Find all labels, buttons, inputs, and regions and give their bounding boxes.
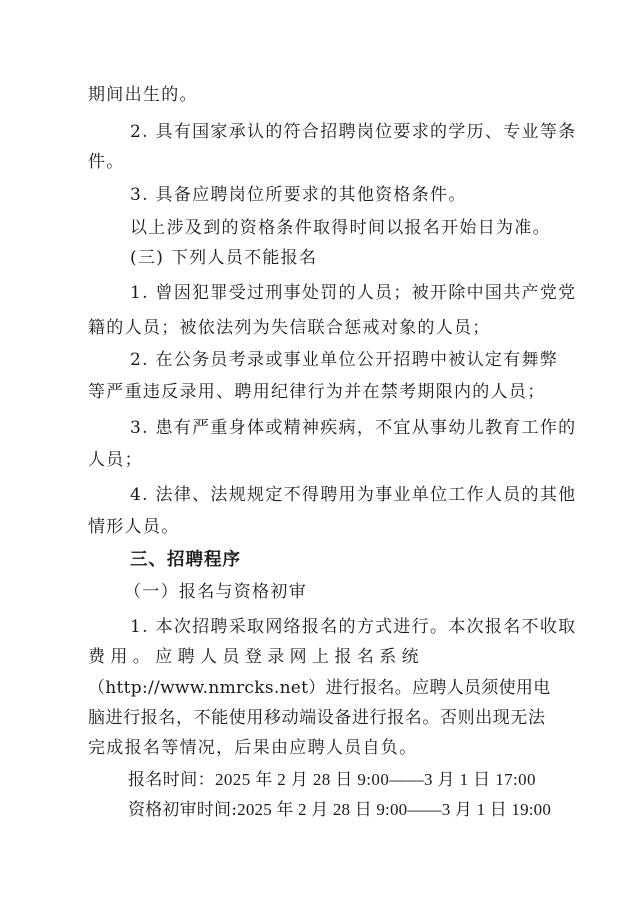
text-line: 2. 具有国家承认的符合招聘岗位要求的学历、专业等条 <box>130 121 544 143</box>
text-line: 情形人员。 <box>88 516 544 538</box>
text-line: 以上涉及到的资格条件取得时间以报名开始日为准。 <box>130 217 544 239</box>
review-time-label: 资格初审时间: <box>128 800 237 820</box>
text-line: 脑进行报名，不能使用移动端设备进行报名。否则出现无法 <box>88 707 544 729</box>
text-line: 件。 <box>88 151 544 173</box>
text-line: 4. 法律、法规规定不得聘用为事业单位工作人员的其他 <box>130 484 544 506</box>
section-heading: 三、招聘程序 <box>130 549 544 571</box>
text-line: 3. 具备应聘岗位所要求的其他资格条件。 <box>130 184 544 206</box>
registration-time-label: 报名时间： <box>128 770 215 790</box>
text-line: 完成报名等情况，后果由应聘人员自负。 <box>88 737 544 759</box>
text-line: 2. 在公务员考录或事业单位公开招聘中被认定有舞弊 <box>130 349 544 371</box>
subheading-ineligible: (三) 下列人员不能报名 <box>130 247 544 269</box>
review-time: 资格初审时间:2025 年 2 月 28 日 9:00——3 月 1 日 19:… <box>128 799 542 821</box>
subsection-heading: （一）报名与资格初审 <box>124 581 580 603</box>
registration-time-value: 2025 年 2 月 28 日 9:00——3 月 1 日 17:00 <box>215 770 536 789</box>
text-line: 人员； <box>88 449 544 471</box>
text-line: 费 用 。 应 聘 人 员 登 录 网 上 报 名 系 统 <box>88 646 544 668</box>
text-line: 等严重违反录用、聘用纪律行为并在禁考期限内的人员； <box>88 381 544 403</box>
text-line: 籍的人员；被依法列为失信联合惩戒对象的人员； <box>88 317 544 339</box>
text-line: 1. 曾因犯罪受过刑事处罚的人员；被开除中国共产党党 <box>130 282 544 304</box>
text-line: 期间出生的。 <box>88 84 544 106</box>
text-line: 3. 患有严重身体或精神疾病，不宜从事幼儿教育工作的 <box>130 417 544 439</box>
text-line-with-url: （http://www.nmrcks.net）进行报名。应聘人员须使用电 <box>88 677 544 699</box>
review-time-value: 2025 年 2 月 28 日 9:00——3 月 1 日 19:00 <box>237 800 551 819</box>
text-line: 1. 本次招聘采取网络报名的方式进行。本次报名不收取 <box>130 616 544 638</box>
registration-time: 报名时间：2025 年 2 月 28 日 9:00——3 月 1 日 17:00 <box>128 769 542 791</box>
